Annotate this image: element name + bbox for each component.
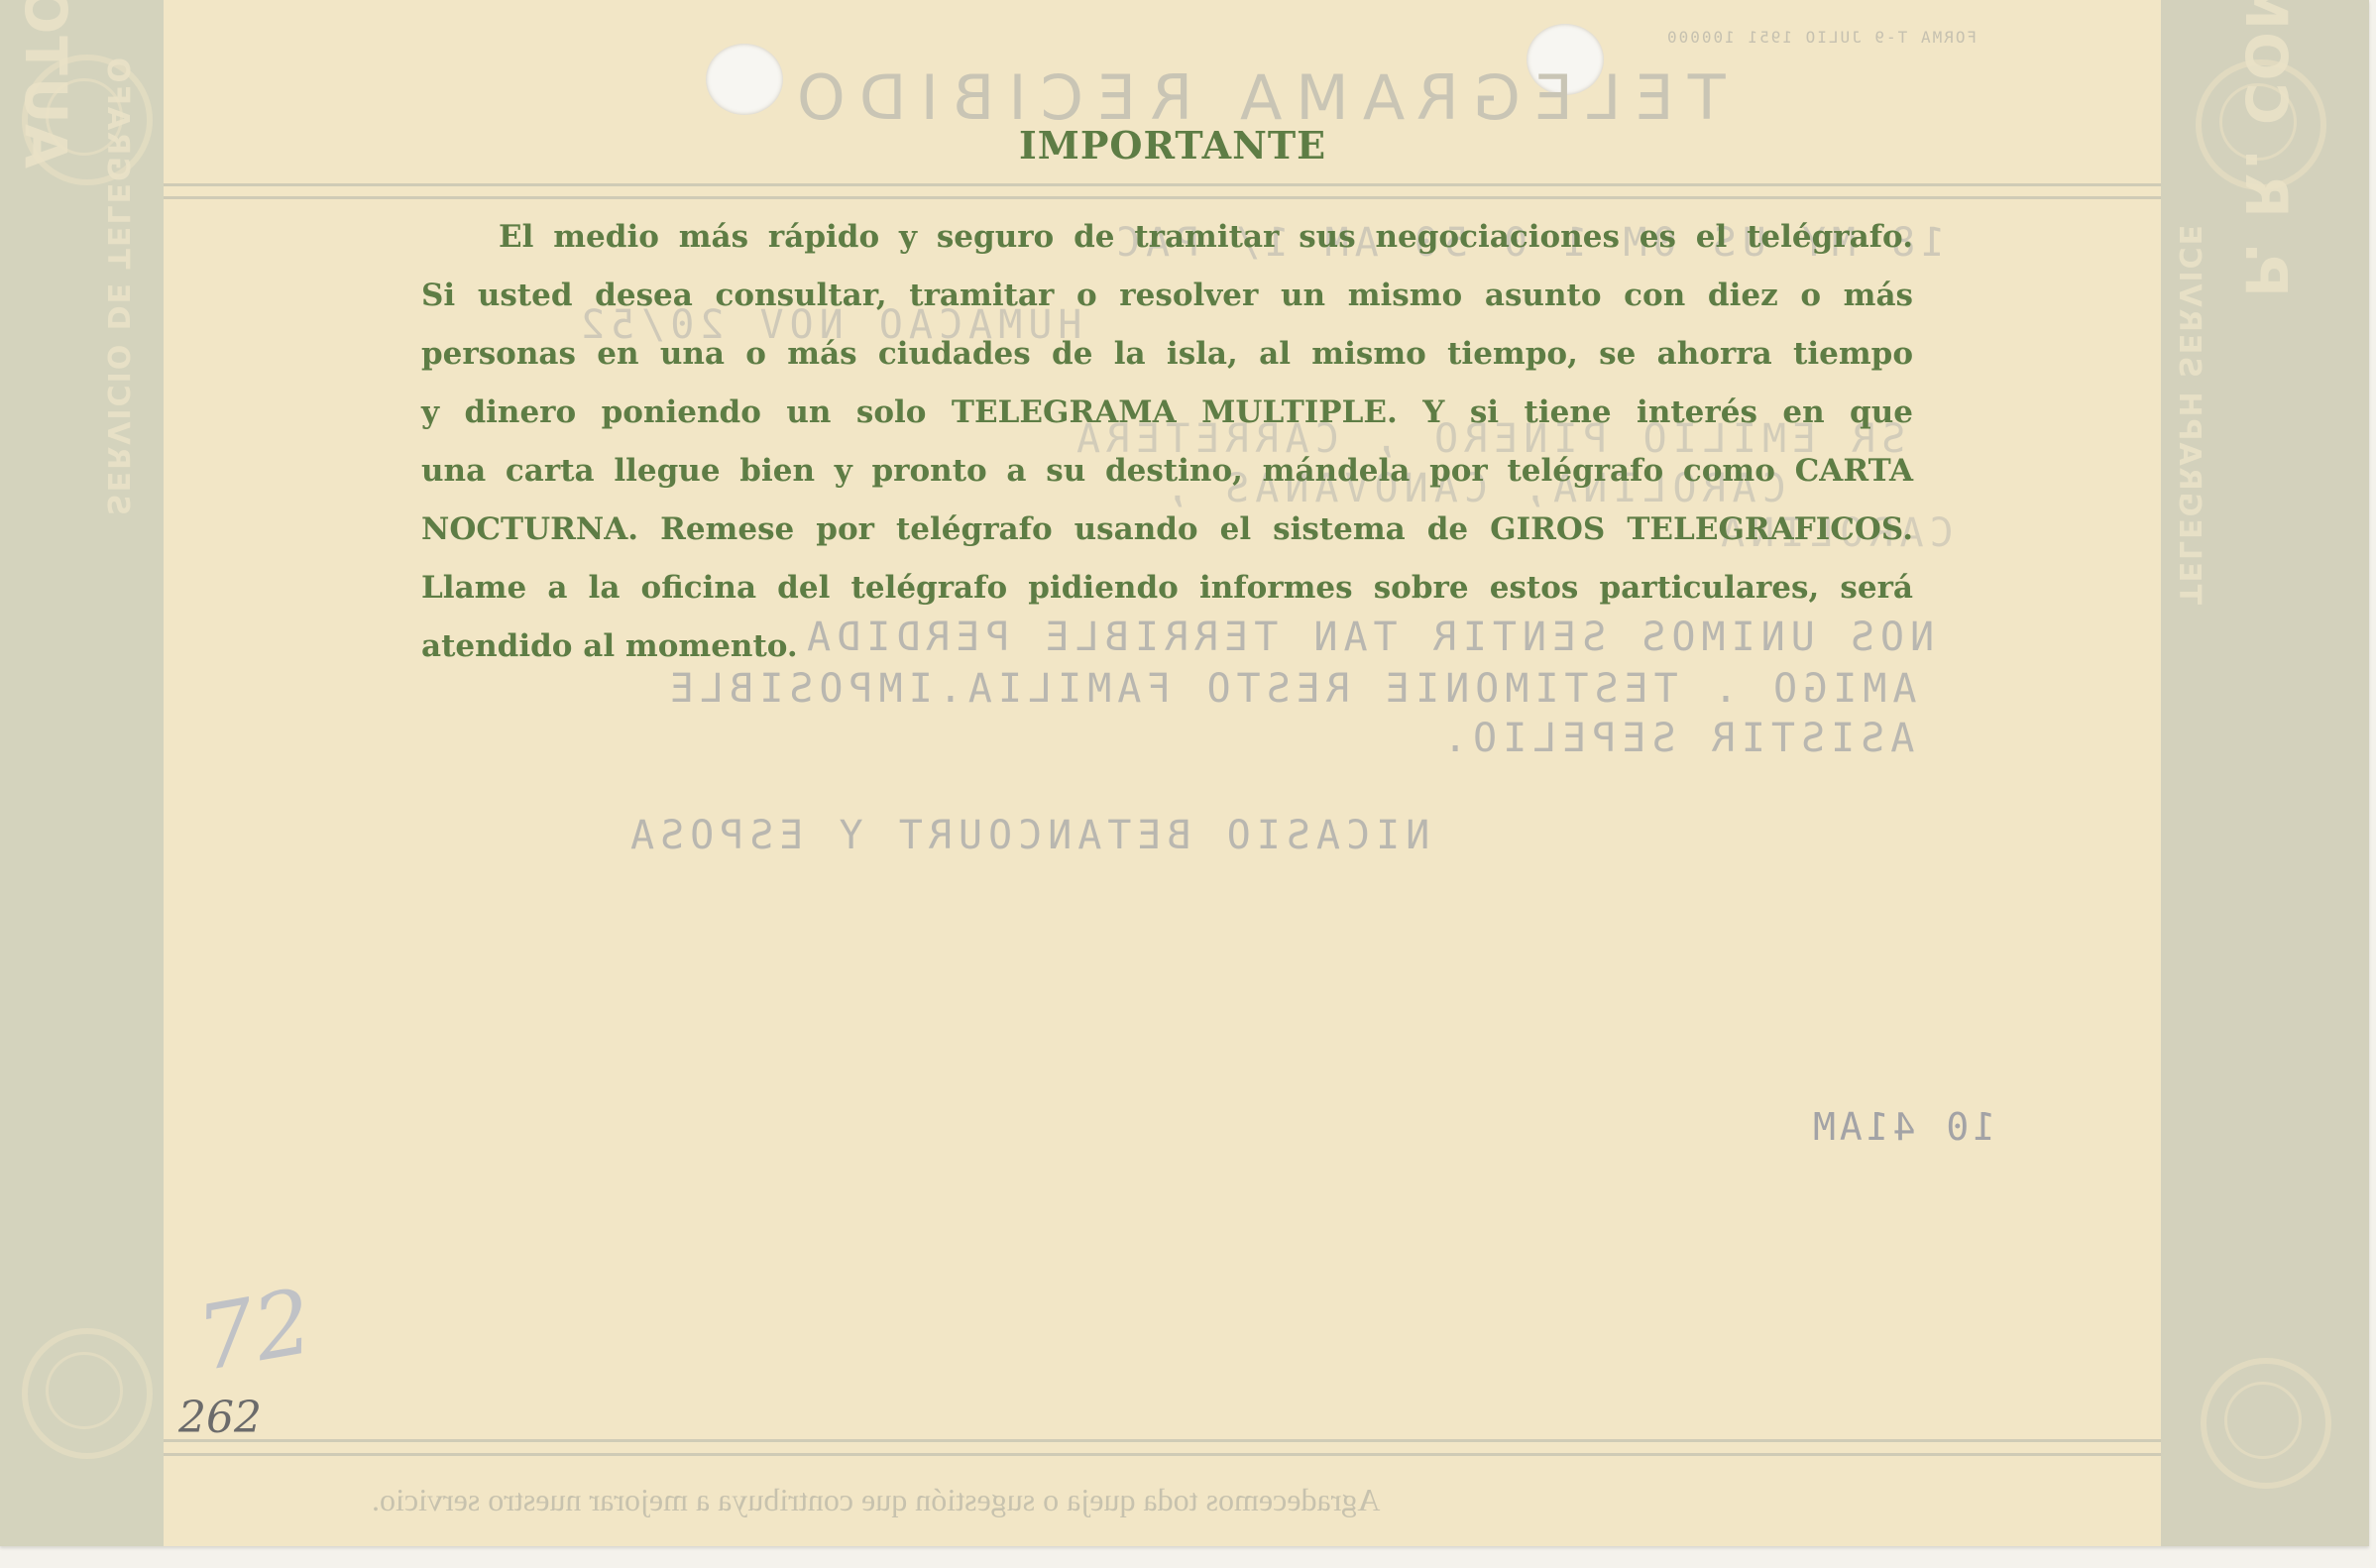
pencil-number: 262 [178, 1393, 262, 1443]
body-line: y dinero poniendo un solo TELEGRAMA MULT… [421, 384, 1913, 442]
body-line: Llame a la oficina del telégrafo pidiend… [421, 559, 1913, 617]
message-line-ghost: ASISTIR SEPELIO. [1437, 716, 1914, 761]
left-margin-band: AUTORIDAD DE COMUNICACIONES DE P. R. SER… [0, 0, 164, 1546]
right-margin-band: P. R. COMMUNICATIONS AUTHORITY TELEGRAPH… [2161, 0, 2369, 1546]
body-line: una carta llegue bien y pronto a su dest… [421, 442, 1913, 501]
right-band-sub-text: TELEGRAPH SERVICE [2172, 223, 2206, 605]
punch-hole-left [706, 44, 783, 115]
telegram-paper: AUTORIDAD DE COMUNICACIONES DE P. R. SER… [0, 0, 2369, 1546]
time-stamp: 10 41AM [1809, 1105, 1995, 1149]
header-rule-top [164, 183, 2161, 186]
footer-rule-top [164, 1439, 2161, 1442]
body-line: Si usted desea consultar, tramitar o res… [421, 267, 1913, 325]
body-line: personas en una o más ciudades de la isl… [421, 325, 1913, 384]
form-number-ghost: FORMA T-9 JULIO 1951 100000 [1665, 28, 1977, 47]
seal-icon [2201, 1358, 2331, 1489]
pencil-mark-faint: 72 [190, 1270, 320, 1392]
header-rule-bottom [164, 196, 2161, 199]
signature-ghost: NICASIO BETANCOURT Y ESPOSA [624, 813, 1429, 858]
body-line: NOCTURNA. Remese por telégrafo usando el… [421, 501, 1913, 559]
footer-ghost: Agradecemos toda queja o sugestión que c… [372, 1482, 1380, 1518]
left-band-sub-text: SERVICIO DE TELEGRAFO [100, 56, 135, 515]
left-band-main-text: AUTORIDAD DE COMUNICACIONES DE P. R. [12, 0, 79, 168]
notice-body: El medio más rápido y seguro de tramitar… [421, 208, 1913, 676]
right-band-main-text: P. R. COMMUNICATIONS AUTHORITY [2232, 0, 2300, 297]
seal-icon [22, 1328, 153, 1459]
body-line: atendido al momento. [421, 617, 1913, 676]
footer-rule-bottom [164, 1453, 2161, 1456]
heading-importante: IMPORTANTE [1019, 123, 1326, 168]
body-line: El medio más rápido y seguro de tramitar… [421, 208, 1913, 267]
